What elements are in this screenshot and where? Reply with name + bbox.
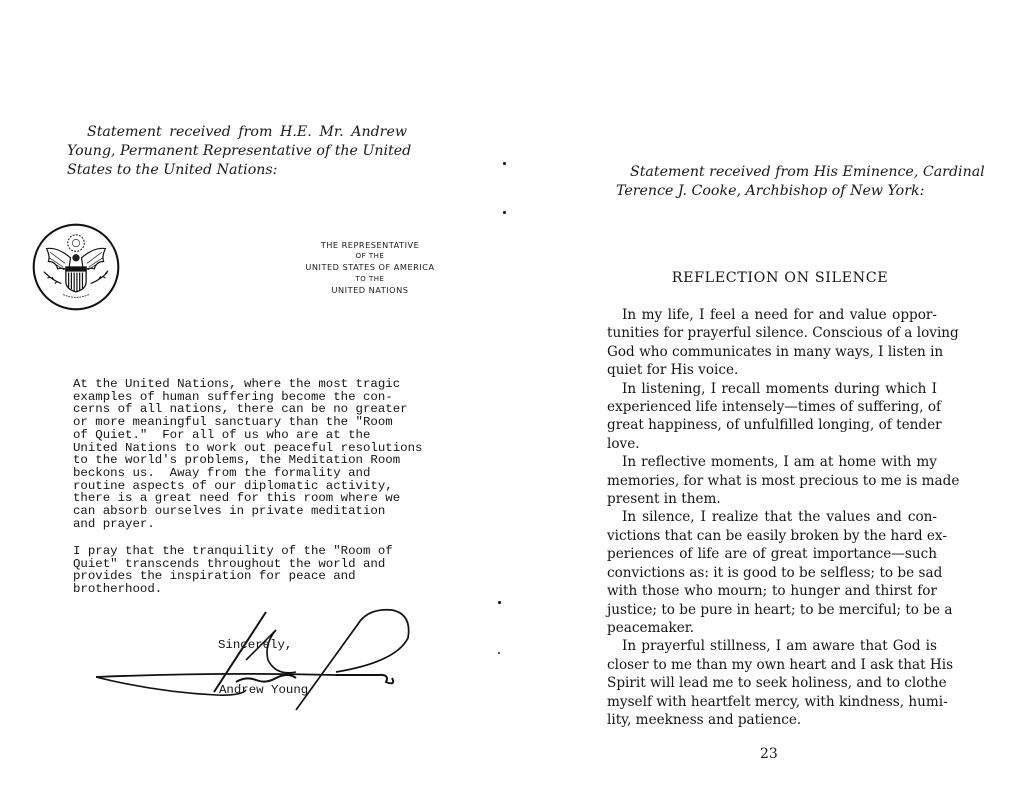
reflection-line: periences of life are of great importanc…: [607, 545, 937, 563]
andrew-young-signature: [96, 600, 426, 720]
reflection-line: with those who mourn; to hunger and thir…: [607, 582, 937, 600]
reflection-line: lity, meekness and patience.: [607, 711, 937, 729]
reflection-line: memories, for what is most precious to m…: [607, 472, 937, 490]
intro-line: Young, Permanent Representative of the U…: [67, 142, 407, 161]
scan-mark: [498, 601, 501, 604]
intro-line: Terence J. Cooke, Archbishop of New York…: [616, 182, 935, 201]
reflection-line: experienced life intensely—times of suff…: [607, 398, 937, 416]
reflection-line: In reflective moments, I am at home with…: [607, 453, 937, 471]
reflection-line: great happiness, of unfulfilled longing,…: [607, 416, 937, 434]
letter-line: beckons us. Away from the formality and: [73, 467, 422, 480]
reflection-line: In prayerful stillness, I am aware that …: [607, 637, 937, 655]
letter-line: brotherhood.: [73, 583, 393, 596]
intro-line: Statement received from His Eminence, Ca…: [616, 163, 935, 182]
reflection-line: In silence, I realize that the values an…: [607, 508, 937, 526]
intro-line: States to the United Nations:: [67, 161, 407, 180]
reflection-line: myself with heartfelt mercy, with kindne…: [607, 693, 937, 711]
reflection-line: present in them.: [607, 490, 937, 508]
letterhead-line: OF THE: [282, 251, 458, 262]
reflection-line: victions that can be easily broken by th…: [607, 527, 937, 545]
closing-sincerely: Sincerely,: [218, 638, 292, 652]
letter-line: and prayer.: [73, 518, 422, 531]
scan-mark: [503, 162, 506, 165]
reflection-line: In listening, I recall moments during wh…: [607, 380, 937, 398]
reflection-line: justice; to be pure in heart; to be merc…: [607, 601, 937, 619]
page-number: 23: [760, 746, 778, 762]
reflection-line: peacemaker.: [607, 619, 937, 637]
andrew-young-statement-intro: Statement received from H.E. Mr. Andrew …: [67, 123, 407, 180]
reflection-line: In my life, I feel a need for and value …: [607, 306, 937, 324]
reflection-line: quiet for His voice.: [607, 361, 937, 379]
letter-line: At the United Nations, where the most tr…: [73, 378, 422, 391]
reflection-line: God who communicates in many ways, I lis…: [607, 343, 937, 361]
reflection-line: tunities for prayerful silence. Consciou…: [607, 324, 937, 342]
reflection-title: REFLECTION ON SILENCE: [600, 270, 960, 286]
intro-line: Statement received from H.E. Mr. Andrew: [67, 123, 407, 142]
reflection-line: Spirit will lead me to seek holiness, an…: [607, 674, 937, 692]
letterhead-line: TO THE: [282, 274, 458, 285]
scan-mark: [498, 652, 500, 654]
cardinal-cooke-statement-intro: Statement received from His Eminence, Ca…: [616, 163, 935, 201]
letter-line: I pray that the tranquility of the "Room…: [73, 545, 393, 558]
us-great-seal-icon: [30, 221, 122, 313]
letterhead-line: THE REPRESENTATIVE: [282, 240, 458, 251]
reflection-line: closer to me than my own heart and I ask…: [607, 656, 937, 674]
letter-paragraph-2: I pray that the tranquility of the "Room…: [73, 545, 393, 596]
us-mission-letterhead: THE REPRESENTATIVE OF THE UNITED STATES …: [282, 240, 458, 296]
reflection-line: convictions as: it is good to be selfles…: [607, 564, 937, 582]
scan-mark: [503, 211, 506, 214]
letter-line: can absorb ourselves in private meditati…: [73, 505, 422, 518]
letter-paragraph-1: At the United Nations, where the most tr…: [73, 378, 422, 530]
reflection-line: love.: [607, 435, 937, 453]
letterhead-line: UNITED NATIONS: [282, 285, 458, 296]
letter-line: or more meaningful sanctuary than the "R…: [73, 416, 422, 429]
signer-name: Andrew Young: [219, 683, 308, 697]
letter-line: of Quiet." For all of us who are at the: [73, 429, 422, 442]
reflection-body: In my life, I feel a need for and value …: [607, 306, 937, 729]
letterhead-line: UNITED STATES OF AMERICA: [282, 262, 458, 273]
